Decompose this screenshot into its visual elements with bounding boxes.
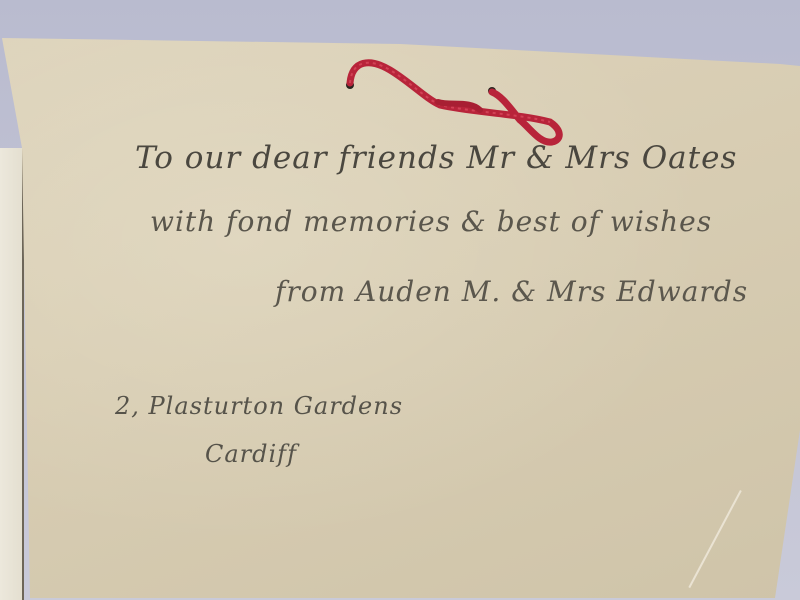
message-line-2: with fond memories & best of wishes xyxy=(150,205,712,238)
message-line-1: To our dear friends Mr & Mrs Oates xyxy=(135,140,737,176)
red-cord-loop-icon xyxy=(330,50,580,150)
message-signature: from Auden M. & Mrs Edwards xyxy=(275,275,748,308)
address-city: Cardiff xyxy=(205,440,297,468)
adjacent-card-edge xyxy=(0,148,24,600)
address-street: 2, Plasturton Gardens xyxy=(115,392,403,420)
